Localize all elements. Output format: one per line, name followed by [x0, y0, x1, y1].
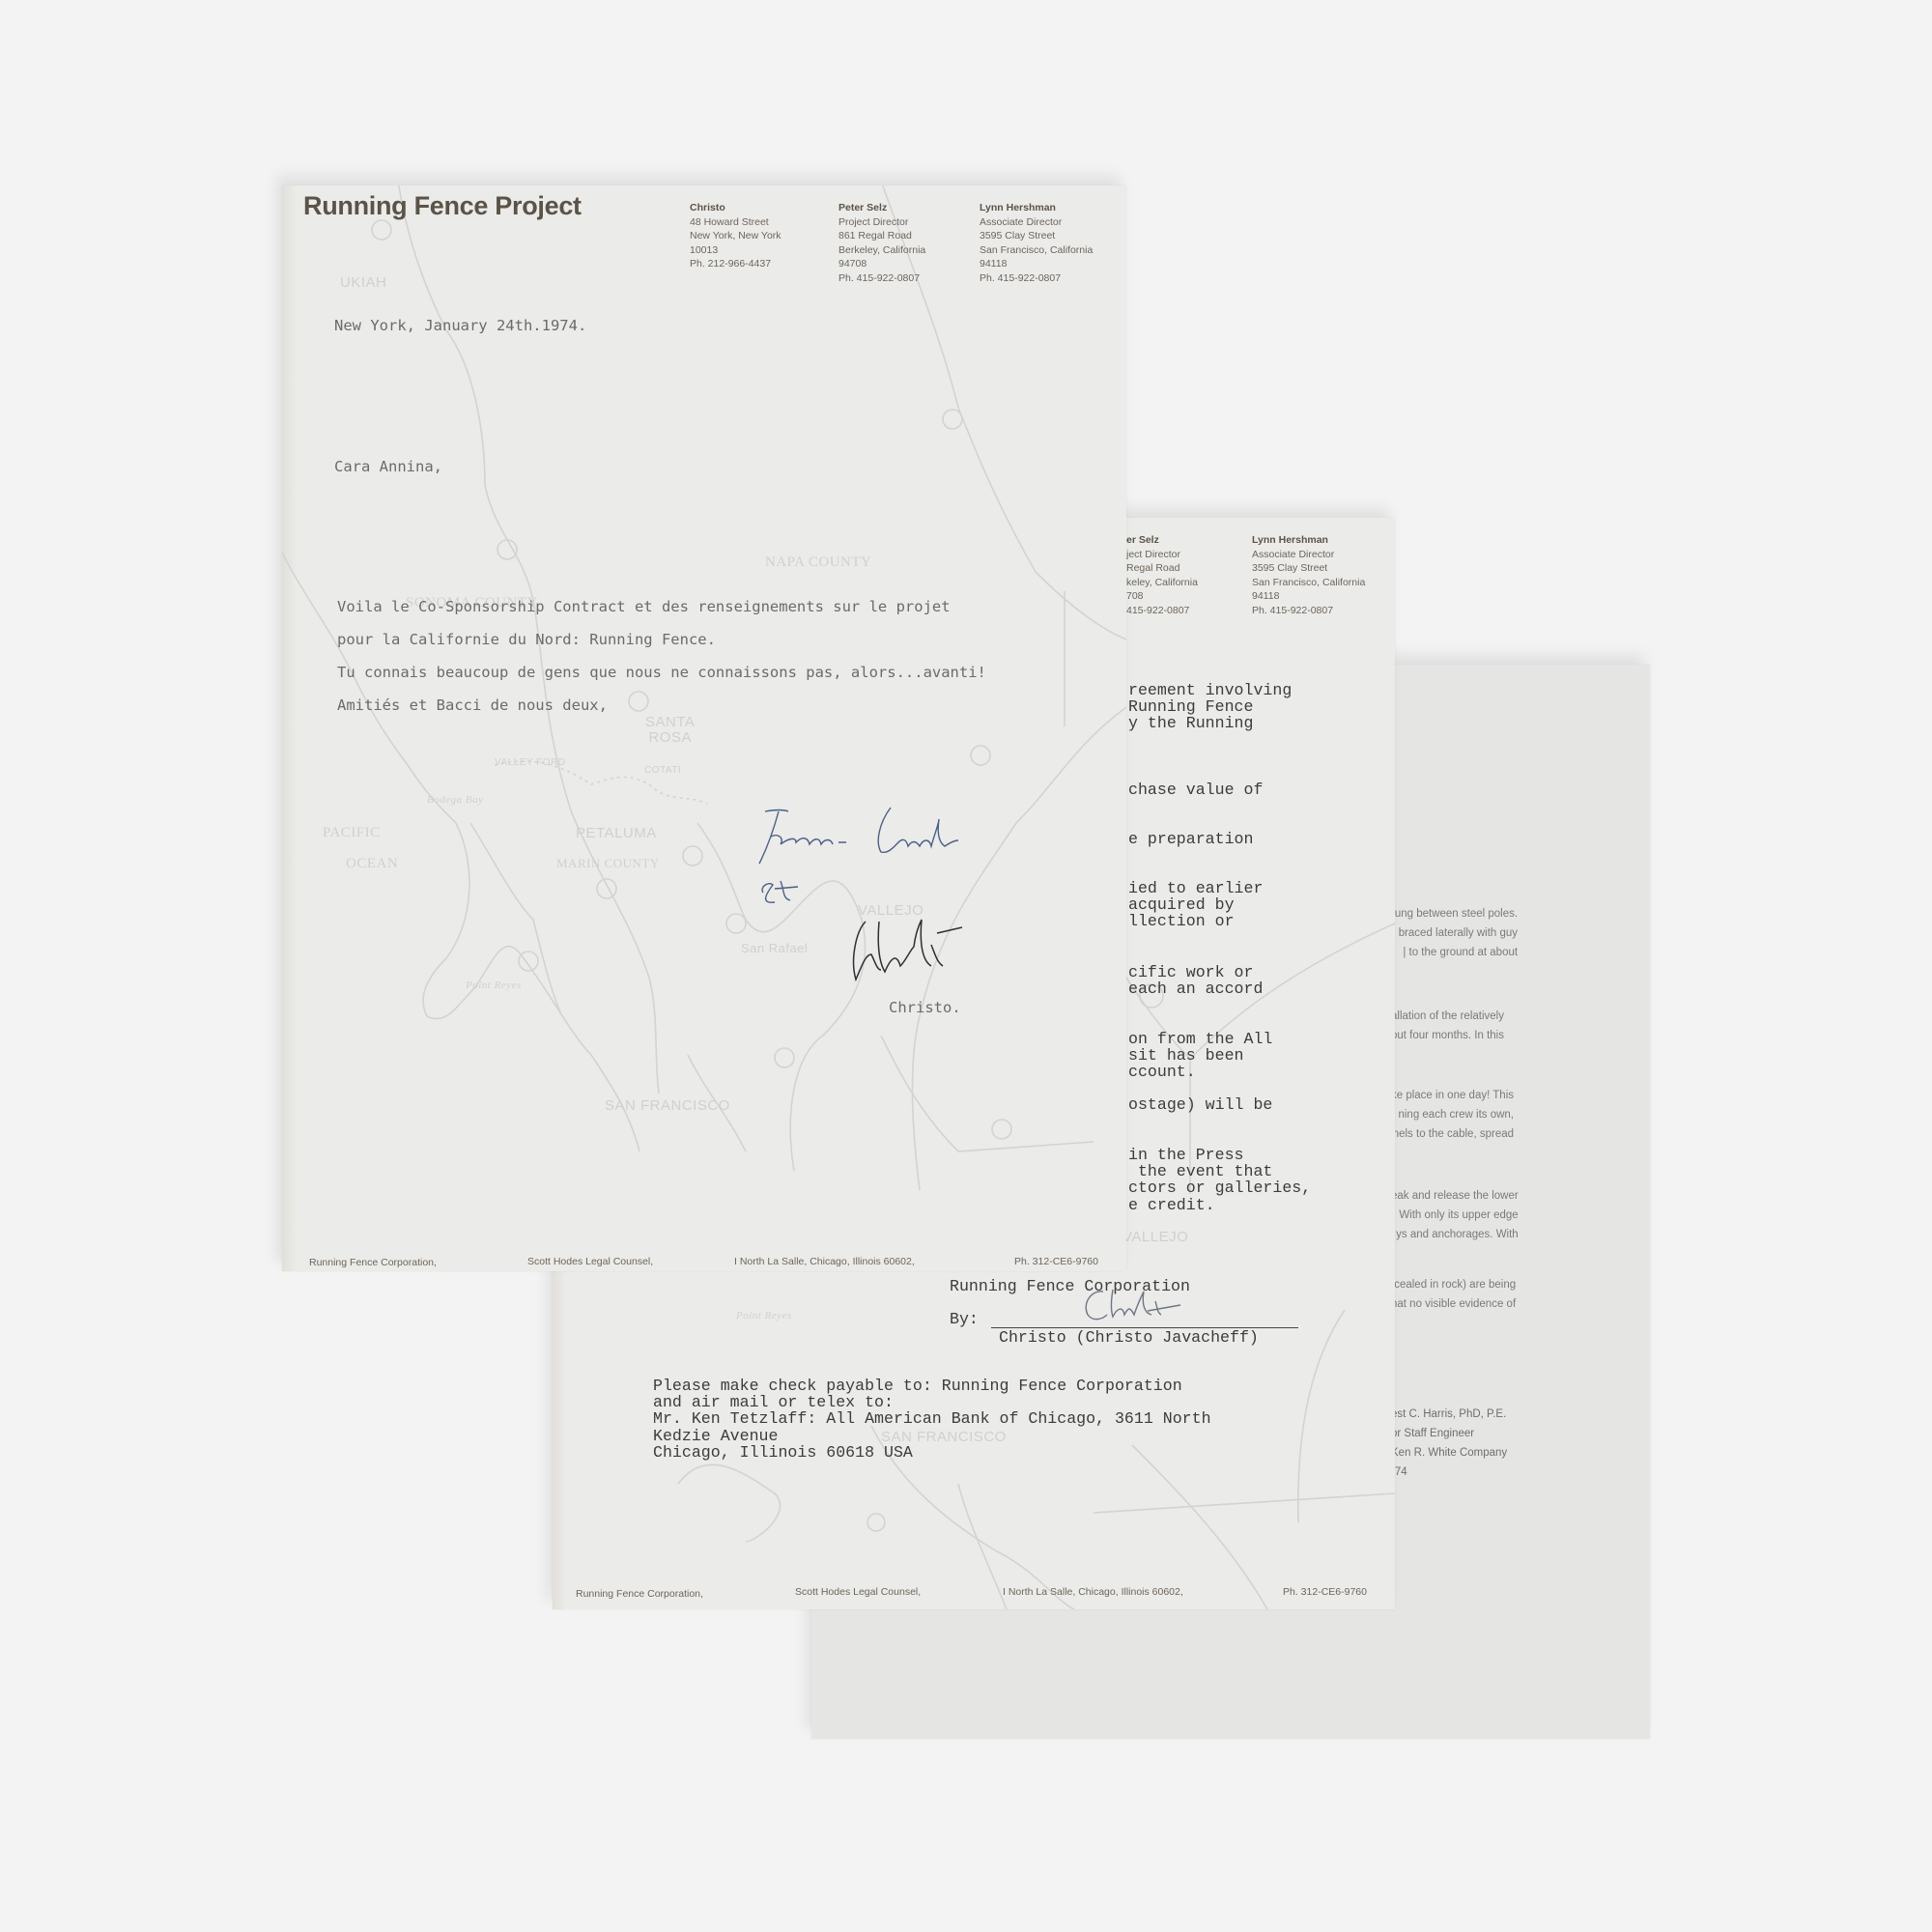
address-line: 415-922-0807 — [1126, 604, 1198, 618]
contact-name: Peter Selz — [838, 201, 925, 215]
letterhead-title: Running Fence Project — [303, 191, 582, 221]
address-line: Ph. 415-922-0807 — [1252, 604, 1365, 618]
map-label-marin-county: MARIN COUNTY — [556, 856, 660, 871]
engineer-signature-block: est C. Harris, PhD, P.E. or Staff Engine… — [1391, 1405, 1507, 1482]
map-label-san-francisco: SAN FRANCISCO — [605, 1097, 730, 1114]
map-label-point-reyes: Point Reyes — [466, 980, 522, 991]
map-label-santa-rosa: SANTAROSA — [645, 715, 695, 746]
footer-corporation: Running Fence Corporation, — [309, 1257, 437, 1268]
report-paragraph: rung between steel poles. braced lateral… — [1391, 904, 1518, 962]
footer-corporation: Running Fence Corporation, — [576, 1588, 703, 1600]
address-line: Associate Director — [980, 215, 1093, 230]
address-line: 861 Regal Road — [838, 229, 925, 243]
address-line: Berkeley, California — [838, 243, 925, 258]
footer-legal-counsel: Scott Hodes Legal Counsel, — [527, 1256, 653, 1267]
typed-signature: Christo. — [889, 999, 961, 1016]
address-line: 94708 — [838, 257, 925, 271]
contract-fragment: ied to earlier acquired by llection or — [1128, 880, 1263, 930]
address-line: Ph. 212-966-4437 — [690, 257, 781, 271]
map-label-valley-ford: VALLEY FORD — [495, 757, 566, 768]
address-line: San Francisco, California — [980, 243, 1093, 258]
address-line: 3595 Clay Street — [1252, 561, 1365, 576]
map-label-cotati: COTATI — [644, 765, 681, 776]
footer-address: I North La Salle, Chicago, Illinois 6060… — [734, 1256, 915, 1267]
letter-date: New York, January 24th.1974. — [334, 317, 586, 334]
report-paragraph: allation of the relatively out four mont… — [1391, 1007, 1504, 1045]
document-page-letter: UKIAH NAPA COUNTY SONOMA COUNTY SANTAROS… — [282, 185, 1126, 1271]
letterhead-contact-peter-selz: Peter Selz Project Director861 Regal Roa… — [838, 201, 925, 285]
contract-fragment: reement involving Running Fence y the Ru… — [1128, 682, 1292, 732]
handwritten-signature-jeanne-claude — [746, 804, 1036, 939]
letter-body-line: pour la Californie du Nord: Running Fenc… — [337, 631, 716, 648]
footer-phone: Ph. 312-CE6-9760 — [1283, 1586, 1367, 1598]
report-paragraph: eak and release the lower With only its … — [1391, 1186, 1519, 1244]
map-label-pacific: PACIFIC — [323, 825, 381, 841]
contact-address: Associate Director3595 Clay StreetSan Fr… — [1252, 548, 1365, 618]
footer-legal-counsel: Scott Hodes Legal Counsel, — [795, 1586, 921, 1598]
letterhead-contact-peter-selz-partial: er Selz ject Director Regal Roadkeley, C… — [1126, 533, 1198, 617]
letterhead-contact-lynn-hershman: Lynn Hershman Associate Director3595 Cla… — [1252, 533, 1365, 617]
signature-signer-name: Christo (Christo Javacheff) — [999, 1329, 1259, 1346]
address-line: Ph. 415-922-0807 — [980, 271, 1093, 286]
letter-body-line: Tu connais beaucoup de gens que nous ne … — [337, 664, 986, 681]
map-label-vallejo: VALLEJO — [1122, 1229, 1188, 1245]
map-label-petaluma: PETALUMA — [576, 825, 657, 841]
map-label-vallejo: VALLEJO — [858, 902, 923, 919]
signature-by-label: By: — [950, 1311, 979, 1327]
contract-fragment: on from the All sit has been ccount. — [1128, 1031, 1272, 1081]
report-paragraph: cealed in rock) are being hat no visible… — [1391, 1275, 1516, 1314]
contract-fragment: cific work or each an accord — [1128, 964, 1263, 997]
contact-address: ject Director Regal Roadkeley, Californi… — [1126, 548, 1198, 618]
address-line: Associate Director — [1252, 548, 1365, 562]
letter-body-line: Voila le Co-Sponsorship Contract et des … — [337, 598, 951, 615]
footer-address: I North La Salle, Chicago, Illinois 6060… — [1003, 1586, 1183, 1598]
letter-salutation: Cara Annina, — [334, 458, 442, 475]
address-line: 3595 Clay Street — [980, 229, 1093, 243]
contact-name: er Selz — [1126, 533, 1198, 548]
letterhead-contact-lynn-hershman: Lynn Hershman Associate Director3595 Cla… — [980, 201, 1093, 285]
map-label-san-rafael: San Rafael — [741, 941, 808, 955]
map-label-ukiah: UKIAH — [340, 274, 386, 291]
map-label-bodega-bay: Bodega Bay — [427, 794, 483, 806]
address-line: 708 — [1126, 589, 1198, 604]
map-label-point-reyes: Point Reyes — [736, 1310, 792, 1321]
letter-body-line: Amitiés et Bacci de nous deux, — [337, 696, 608, 714]
report-paragraph: ke place in one day! This ning each crew… — [1391, 1086, 1514, 1144]
address-line: ject Director — [1126, 548, 1198, 562]
contract-fragment: in the Press the event that ctors or gal… — [1128, 1147, 1311, 1213]
letterhead-contact-christo: Christo 48 Howard StreetNew York, New Yo… — [690, 201, 781, 271]
map-label-ocean: OCEAN — [346, 856, 398, 872]
address-line: San Francisco, California — [1252, 576, 1365, 590]
address-line: 94118 — [1252, 589, 1365, 604]
contract-fragment: chase value of — [1128, 781, 1263, 798]
address-line: 94118 — [980, 257, 1093, 271]
handwritten-signature-christo — [842, 912, 997, 989]
address-line: Ph. 415-922-0807 — [838, 271, 925, 286]
address-line: New York, New York — [690, 229, 781, 243]
contact-address: 48 Howard StreetNew York, New York10013P… — [690, 215, 781, 271]
payment-instructions: Please make check payable to: Running Fe… — [653, 1378, 1211, 1461]
map-label-napa-county: NAPA COUNTY — [765, 554, 871, 571]
address-line: Regal Road — [1126, 561, 1198, 576]
address-line: Project Director — [838, 215, 925, 230]
contact-address: Project Director861 Regal RoadBerkeley, … — [838, 215, 925, 286]
contact-name: Lynn Hershman — [1252, 533, 1365, 548]
address-line: 10013 — [690, 243, 781, 258]
address-line: keley, California — [1126, 576, 1198, 590]
contract-fragment: ostage) will be — [1128, 1096, 1272, 1113]
contract-fragment: e preparation — [1128, 831, 1253, 847]
contact-address: Associate Director3595 Clay StreetSan Fr… — [980, 215, 1093, 286]
footer-phone: Ph. 312-CE6-9760 — [1014, 1256, 1098, 1267]
signature-company: Running Fence Corporation — [950, 1278, 1190, 1294]
address-line: 48 Howard Street — [690, 215, 781, 230]
contact-name: Lynn Hershman — [980, 201, 1093, 215]
contact-name: Christo — [690, 201, 781, 215]
